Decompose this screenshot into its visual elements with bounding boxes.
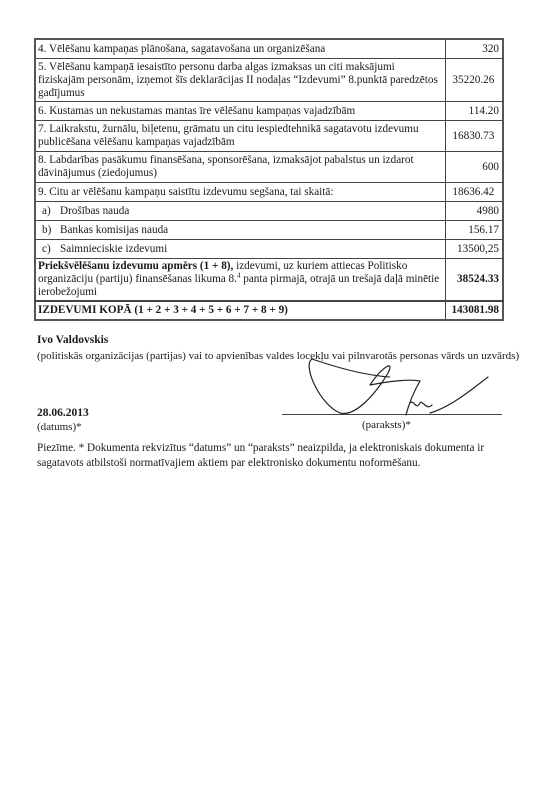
total-row: IZDEVUMI KOPĀ (1 + 2 + 3 + 4 + 5 + 6 + 7… [35,301,503,320]
subrow-letter: c) [42,243,60,256]
subrow-label: b)Bankas komisijas nauda [35,221,445,240]
row-label: 7. Laikrakstu, žurnālu, biļetenu, grāmat… [35,121,445,152]
total-label: IZDEVUMI KOPĀ (1 + 2 + 3 + 4 + 5 + 6 + 7… [35,301,445,320]
table-row: 5. Vēlēšanu kampaņā iesaistīto personu d… [35,59,503,102]
row-value: 4980 [445,202,503,221]
total-value-text: 143081.98 [451,304,499,316]
signature-caption: (paraksts)* [362,419,411,431]
footnote: Piezīme. * Dokumenta rekvizītus “datums”… [37,441,507,470]
row-value: 18636.42 [445,183,503,202]
date-caption: (datums)* [37,421,82,433]
subrow-letter: b) [42,224,60,237]
document-page: 4. Vēlēšanu kampaņas plānošana, sagatavo… [0,0,554,786]
row-value: 156.17 [445,221,503,240]
total-label-text: IZDEVUMI KOPĀ (1 + 2 + 3 + 4 + 5 + 6 + 7… [38,304,288,316]
row-value: 35220.26 [445,59,503,102]
pre-election-value-text: 38524.33 [457,273,499,285]
pre-election-label-bold: Priekšvēlēšanu izdevumu apmērs (1 + 8), [38,260,233,272]
subrow-letter: a) [42,205,60,218]
subrow-label: a)Drošības nauda [35,202,445,221]
table-row: 8. Labdarības pasākumu finansēšana, spon… [35,152,503,183]
signer-name: Ivo Valdovskis [37,334,108,346]
handwritten-signature-icon [300,355,500,417]
subrow-text: Saimnieciskie izdevumi [60,243,167,255]
table-row: c)Saimnieciskie izdevumi 13500,25 [35,240,503,259]
table-row: 4. Vēlēšanu kampaņas plānošana, sagatavo… [35,39,503,59]
table-row: b)Bankas komisijas nauda 156.17 [35,221,503,240]
row-value: 320 [445,39,503,59]
row-value: 13500,25 [445,240,503,259]
row-label: 4. Vēlēšanu kampaņas plānošana, sagatavo… [35,39,445,59]
table-row: 9. Citu ar vēlēšanu kampaņu saistītu izd… [35,183,503,202]
date-value: 28.06.2013 [37,407,89,419]
row-label: 5. Vēlēšanu kampaņā iesaistīto personu d… [35,59,445,102]
subrow-text: Drošības nauda [60,205,129,217]
row-label: 9. Citu ar vēlēšanu kampaņu saistītu izd… [35,183,445,202]
row-value: 16830.73 [445,121,503,152]
pre-election-row: Priekšvēlēšanu izdevumu apmērs (1 + 8), … [35,259,503,302]
table-row: 6. Kustamas un nekustamas mantas īre vēl… [35,102,503,121]
row-label: 8. Labdarības pasākumu finansēšana, spon… [35,152,445,183]
total-value: 143081.98 [445,301,503,320]
table-row: 7. Laikrakstu, žurnālu, biļetenu, grāmat… [35,121,503,152]
subrow-text: Bankas komisijas nauda [60,224,168,236]
row-value: 600 [445,152,503,183]
signature-line [282,414,502,415]
row-value: 114.20 [445,102,503,121]
row-label: 6. Kustamas un nekustamas mantas īre vēl… [35,102,445,121]
pre-election-label: Priekšvēlēšanu izdevumu apmērs (1 + 8), … [35,259,445,302]
table-row: a)Drošības nauda 4980 [35,202,503,221]
expenses-table: 4. Vēlēšanu kampaņas plānošana, sagatavo… [34,38,504,321]
subrow-label: c)Saimnieciskie izdevumi [35,240,445,259]
pre-election-value: 38524.33 [445,259,503,302]
